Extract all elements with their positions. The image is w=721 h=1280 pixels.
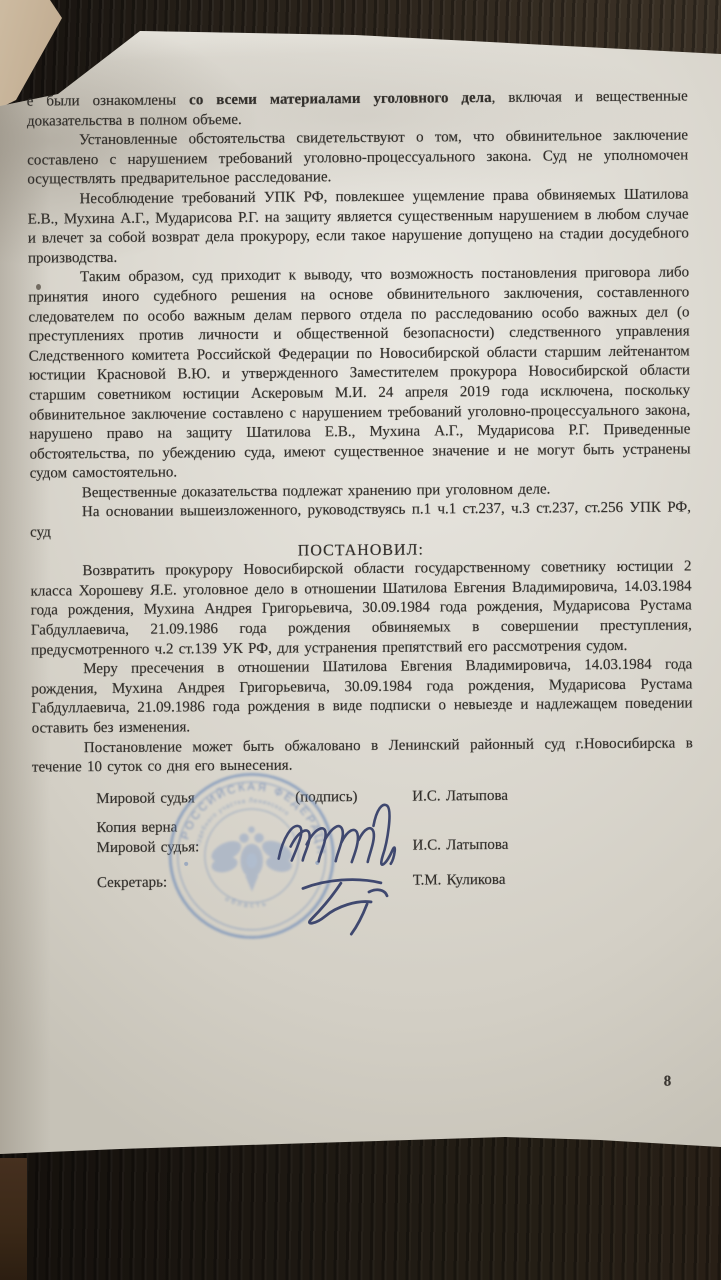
paragraph-opening: е были ознакомлены со всеми материалами …: [27, 87, 688, 131]
paragraph: Постановление может быть обжаловано в Ле…: [32, 734, 693, 778]
paragraph: Возвратить прокурору Новосибирской облас…: [30, 558, 692, 661]
judge-signature-ink: [270, 797, 461, 938]
paragraph: Таким образом, суд приходит к выводу, чт…: [28, 264, 691, 485]
paragraph: На основании вышеизложенного, руководств…: [30, 499, 691, 543]
paragraph: Меру пресечения в отношении Шатилова Евг…: [31, 656, 693, 740]
opening-pre-text: е были ознакомлены: [27, 92, 189, 109]
page-number: 8: [652, 1073, 682, 1090]
paragraph: Несоблюдение требований УПК РФ, повлекше…: [27, 185, 689, 269]
opening-bold-text: со всеми материалами уголовного дела: [189, 90, 492, 108]
paragraph: Установленные обстоятельства свидетельст…: [27, 127, 688, 191]
signature-role: Секретарь:: [97, 873, 167, 893]
document-body: е были ознакомлены со всеми материалами …: [27, 87, 694, 894]
stamp-star-left: [184, 862, 188, 866]
document-content: е были ознакомлены со всеми материалами …: [0, 0, 721, 1280]
secretary-signature-ink: [303, 879, 387, 934]
